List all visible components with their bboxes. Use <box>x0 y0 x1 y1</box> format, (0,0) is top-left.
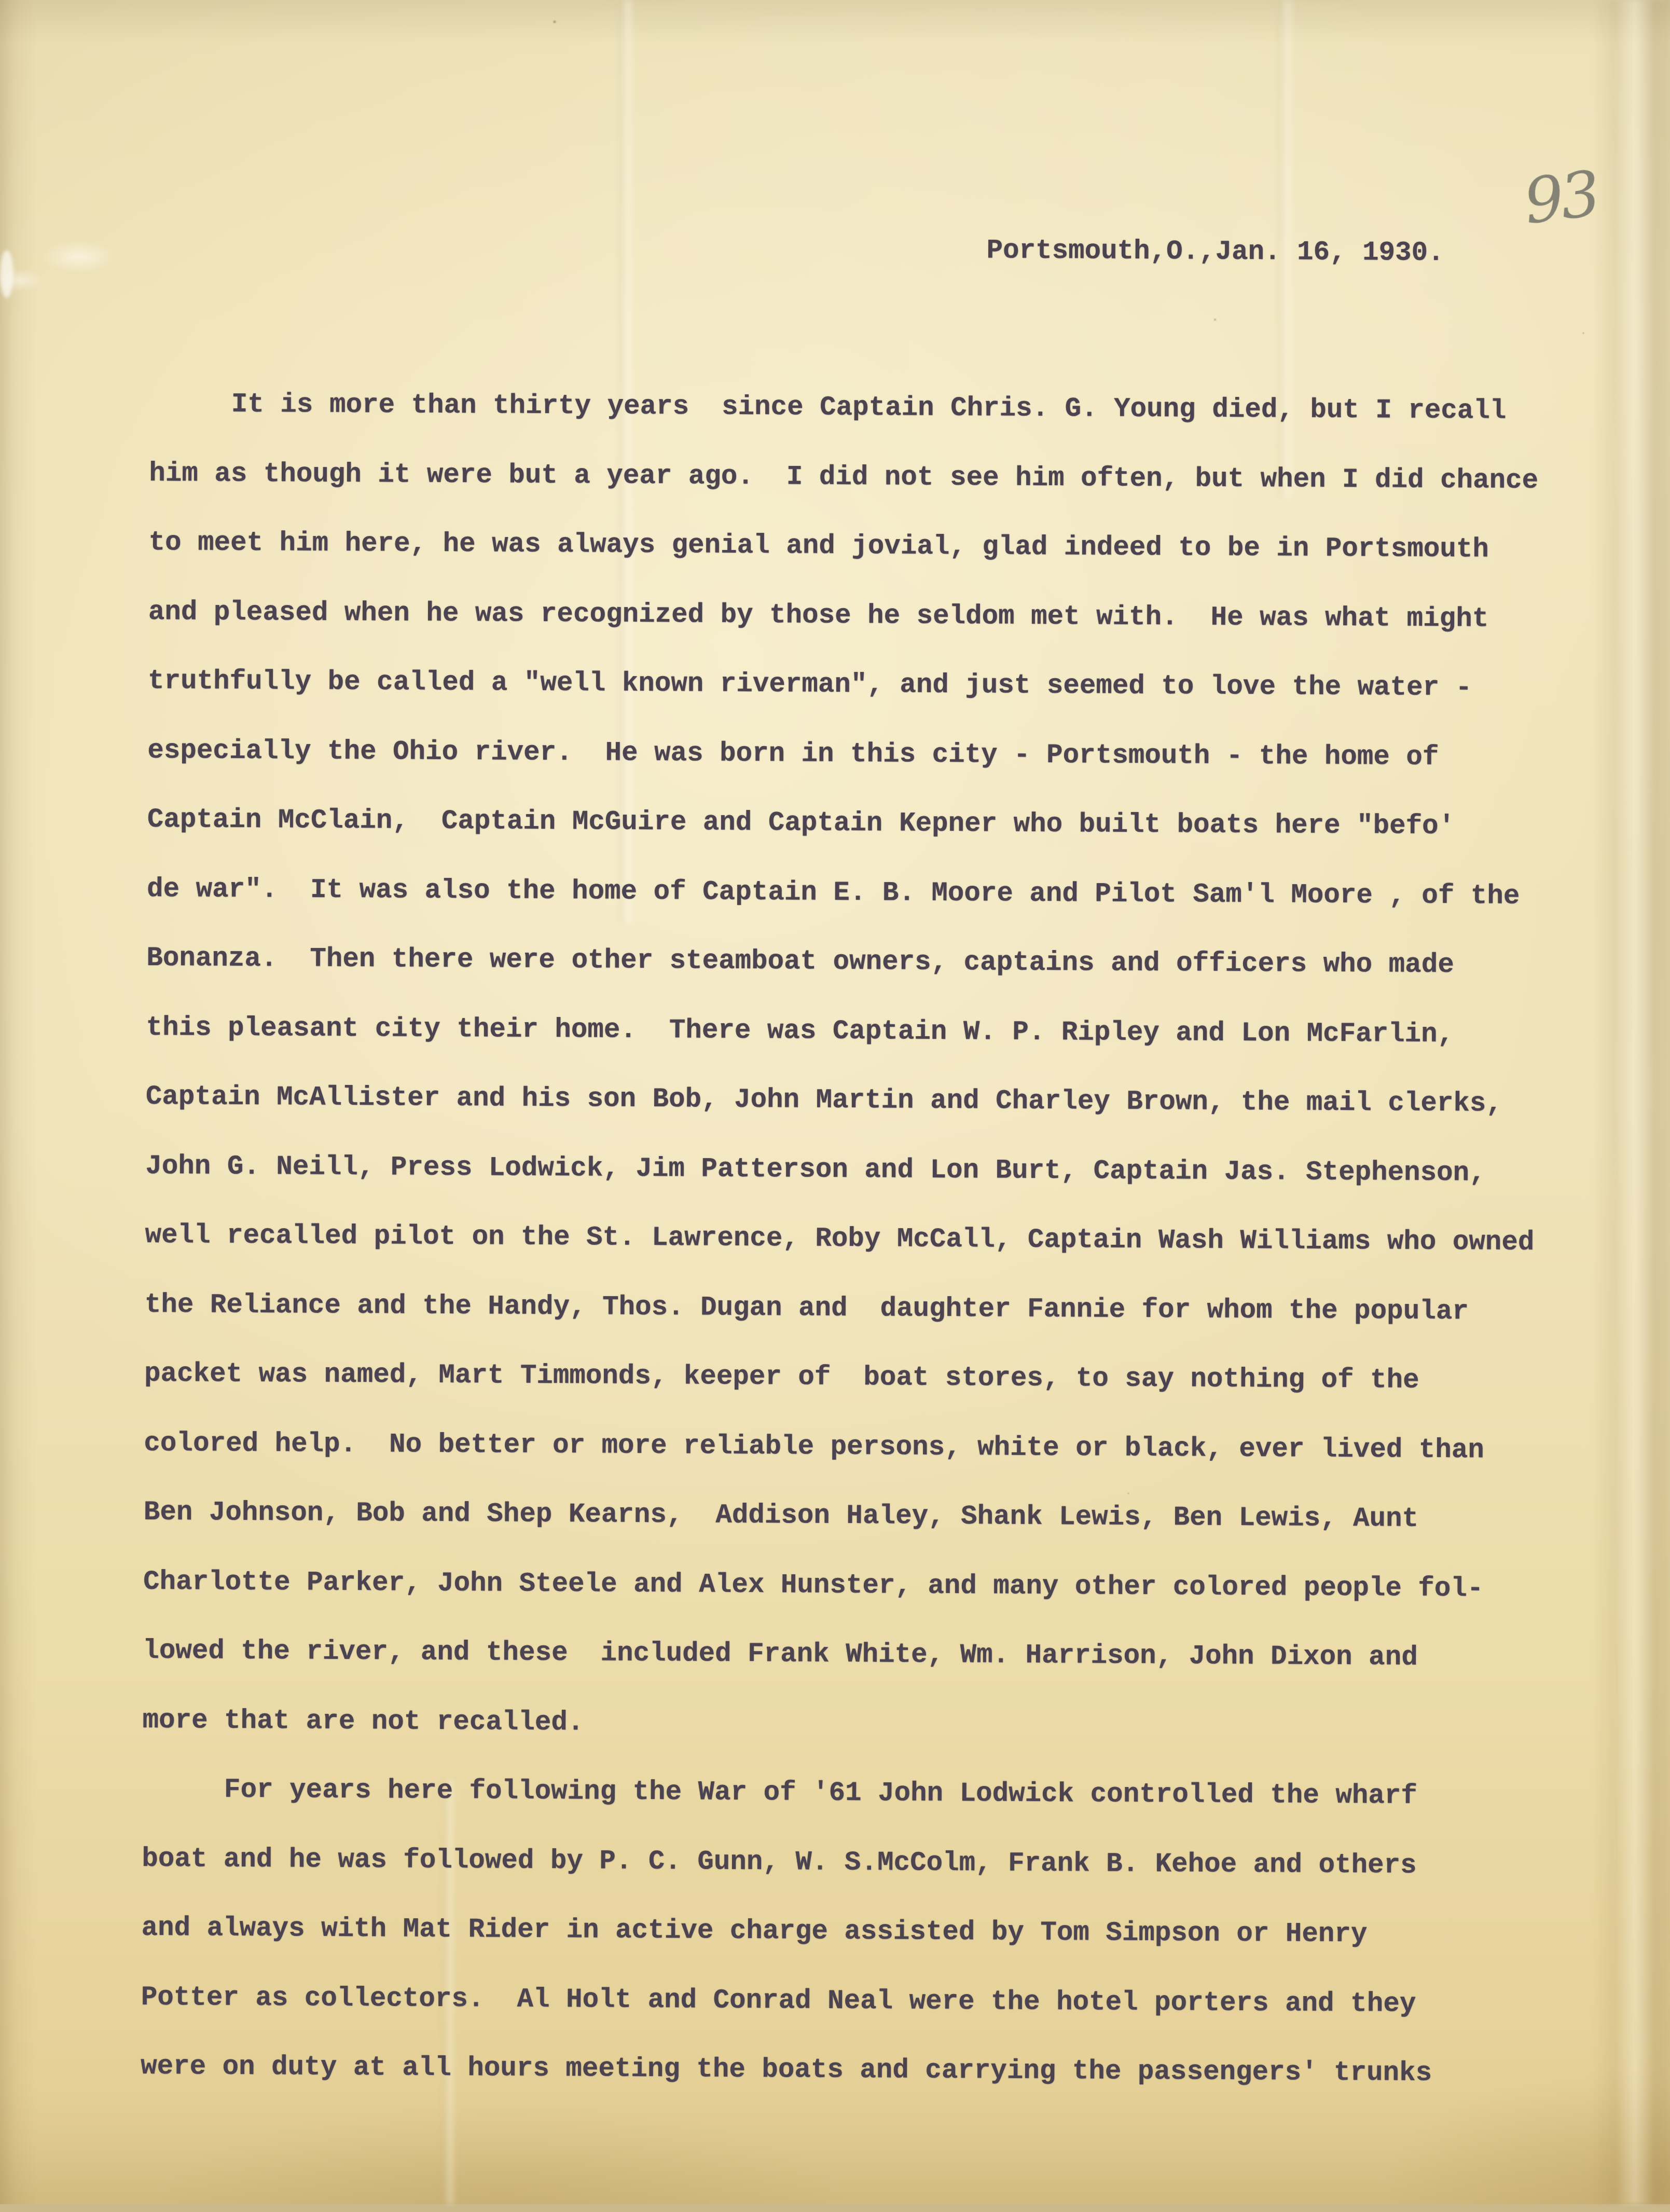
paper-edge-nick <box>0 250 13 298</box>
text-line: him as though it were but a year ago. I … <box>149 438 1539 515</box>
typed-content: Portsmouth,O.,Jan. 16, 1930. It is more … <box>140 0 1620 2204</box>
text-line: colored help. No better or more reliable… <box>144 1408 1534 1485</box>
text-line: especially the Ohio river. He was born i… <box>147 716 1537 792</box>
text-line: Bonanza. Then there were other steamboat… <box>146 924 1536 1000</box>
text-line: John G. Neill, Press Lodwick, Jim Patter… <box>145 1131 1535 1208</box>
text-line: Potter as collectors. Al Holt and Conrad… <box>141 1962 1530 2039</box>
text-line: to meet him here, he was always genial a… <box>148 508 1538 585</box>
text-line: more that are not recalled. <box>142 1685 1532 1762</box>
text-line: boat and he was followed by P. C. Gunn, … <box>142 1824 1531 1901</box>
text-line: and pleased when he was recognized by th… <box>148 577 1538 654</box>
text-line: and always with Mat Rider in active char… <box>141 1893 1531 1970</box>
text-line: lowed the river, and these included Fran… <box>143 1616 1533 1693</box>
text-line: were on duty at all hours meeting the bo… <box>141 2032 1530 2109</box>
text-line: the Reliance and the Handy, Thos. Dugan … <box>144 1270 1534 1347</box>
dateline: Portsmouth,O.,Jan. 16, 1930. <box>986 237 1444 266</box>
paper-background: 93 Portsmouth,O.,Jan. 16, 1930. It is mo… <box>0 0 1670 2204</box>
text-line: Captain McAllister and his son Bob, John… <box>146 1062 1536 1139</box>
text-line: Captain McClain, Captain McGuire and Cap… <box>147 785 1537 862</box>
text-line: this pleasant city their home. There was… <box>146 993 1536 1069</box>
text-line: It is more than thirty years since Capta… <box>149 369 1539 446</box>
text-line: packet was named, Mart Timmonds, keeper … <box>144 1339 1534 1416</box>
text-line: For years here following the War of '61 … <box>142 1755 1532 1832</box>
text-line: de war". It was also the home of Captain… <box>147 854 1537 931</box>
text-line: well recalled pilot on the St. Lawrence,… <box>145 1201 1535 1277</box>
text-line: truthfully be called a "well known river… <box>148 647 1538 723</box>
letter-body: It is more than thirty years since Capta… <box>141 369 1539 2108</box>
text-line: Ben Johnson, Bob and Shep Kearns, Addiso… <box>143 1478 1533 1555</box>
text-line: Charlotte Parker, John Steele and Alex H… <box>143 1547 1533 1624</box>
